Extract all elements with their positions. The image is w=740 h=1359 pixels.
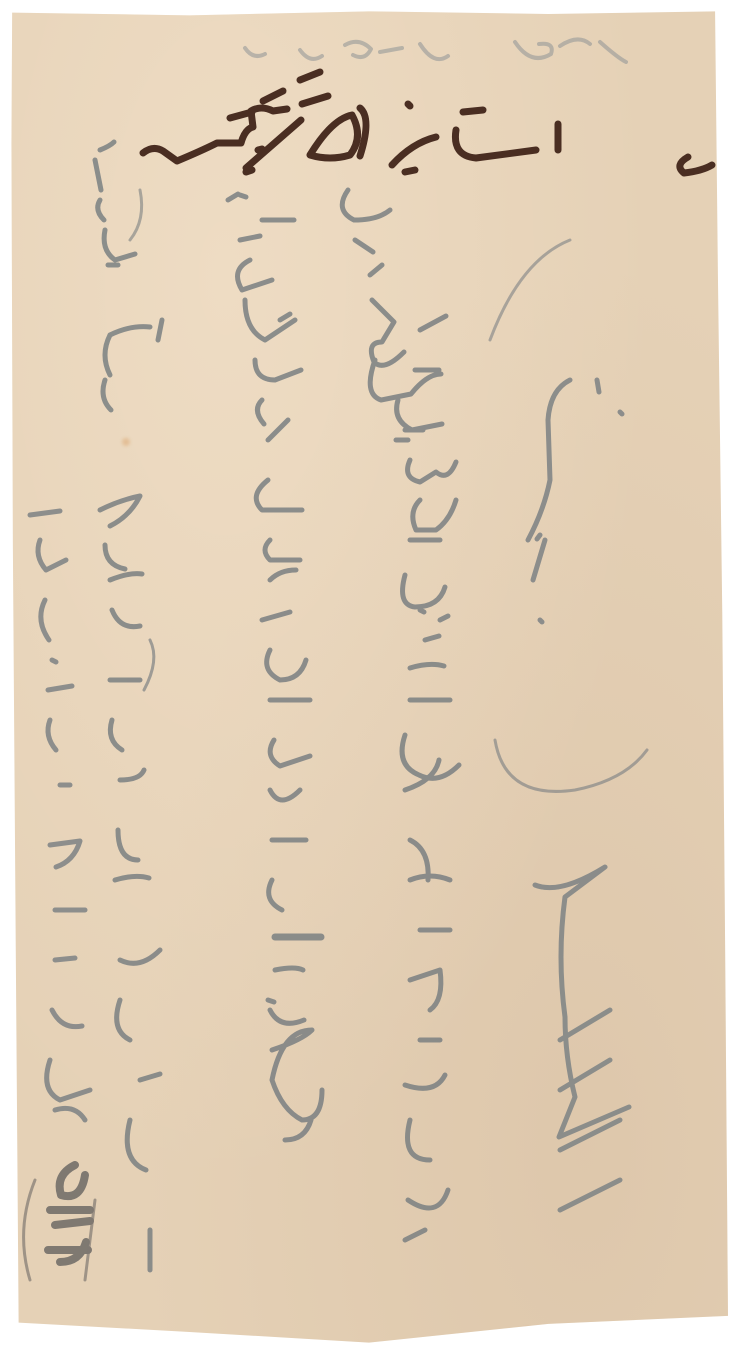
pencil-line-3 <box>228 194 322 1140</box>
pencil-line-2 <box>342 190 459 1240</box>
document-paper: استانبوله ترسيم [illegible pencil text] … <box>10 10 728 1348</box>
ink-header-line <box>143 72 712 173</box>
handwriting-layer <box>10 10 728 1348</box>
paper-stain <box>520 1328 534 1338</box>
pencil-line-5 <box>30 511 90 1120</box>
pencil-top-line <box>245 39 626 62</box>
corner-number <box>24 1165 95 1280</box>
pencil-line-4 <box>95 142 162 1270</box>
pencil-line-1 <box>490 240 647 1210</box>
